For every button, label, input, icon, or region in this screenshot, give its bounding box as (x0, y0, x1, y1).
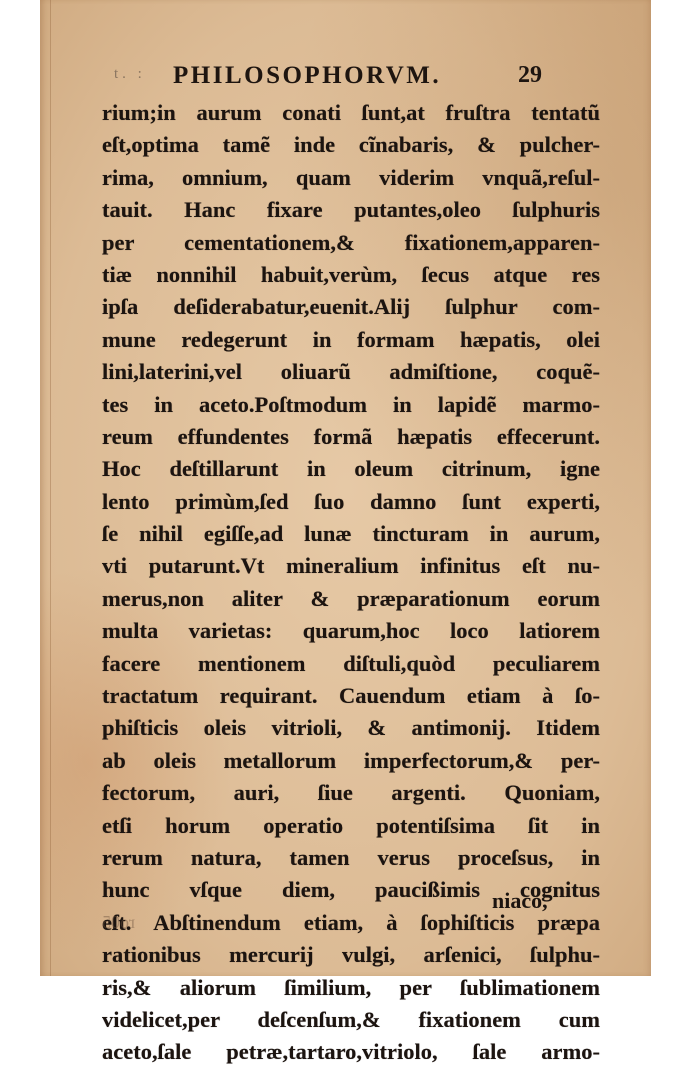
text-line: facere mentionem diſtuli,quòd peculiarem (102, 648, 600, 680)
text-line: tauit. Hanc fixare putantes,oleo ſulphur… (102, 194, 600, 226)
text-line: lento primùm,ſed ſuo damno ſunt experti, (102, 486, 600, 518)
text-line: lini,laterini,vel oliuarũ admiſtione, co… (102, 356, 600, 388)
text-line: ipſa deſiderabatur,euenit.Alij ſulphur c… (102, 291, 600, 323)
text-line: eſt,optima tamẽ inde cĩnabaris, & pulche… (102, 129, 600, 161)
text-line: phiſticis oleis vitrioli, & antimonij. I… (102, 712, 600, 744)
text-line: rima, omnium, quam viderim vnquã,reſul- (102, 162, 600, 194)
body-text: rium;in aurum conati ſunt,at fruſtra ten… (102, 97, 600, 976)
page-header: t. : PHILOSOPHORVM. 29 (40, 60, 651, 94)
header-marks: t. : (114, 66, 146, 83)
text-line: ris,& aliorum ſimilium, per ſublimatione… (102, 972, 600, 976)
book-page: t. : PHILOSOPHORVM. 29 rium;in aurum con… (40, 0, 651, 976)
page-number: 29 (518, 62, 542, 89)
text-line: ſe nihil egiſſe,ad lunæ tincturam in aur… (102, 518, 600, 550)
text-line: rerum natura, tamen verus proceſsus, in (102, 842, 600, 874)
text-line: reum effundentes formã hæpatis effecerun… (102, 421, 600, 453)
text-line: fectorum, auri, ſiue argenti. Quoniam, (102, 777, 600, 809)
text-line: rium;in aurum conati ſunt,at fruſtra ten… (102, 97, 600, 129)
text-line: ab oleis metallorum imperfectorum,& per- (102, 745, 600, 777)
text-line: Hoc deſtillarunt in oleum citrinum, igne (102, 453, 600, 485)
text-line: tractatum requirant. Cauendum etiam à ſo… (102, 680, 600, 712)
text-line: per cementationem,& fixationem,apparen- (102, 227, 600, 259)
bleed-through-mark: ro05 (102, 912, 135, 933)
text-line: tiæ nonnihil habuit,verùm, ſecus atque r… (102, 259, 600, 291)
text-line: etſi horum operatio potentiſsima ſit in (102, 810, 600, 842)
catchword: niaco, (492, 888, 548, 914)
text-line: merus,non aliter & præparationum eorum (102, 583, 600, 615)
text-line: multa varietas: quarum,hoc loco latiorem (102, 615, 600, 647)
text-line: mune redegerunt in formam hæpatis, olei (102, 324, 600, 356)
text-line: vti putarunt.Vt mineralium infinitus eſt… (102, 550, 600, 582)
running-title: PHILOSOPHORVM. (173, 62, 441, 90)
text-line: tes in aceto.Poſtmodum in lapidẽ marmo- (102, 389, 600, 421)
gutter-line (50, 0, 51, 976)
text-line: rationibus mercurij vulgi, arſenici, ſul… (102, 939, 600, 971)
